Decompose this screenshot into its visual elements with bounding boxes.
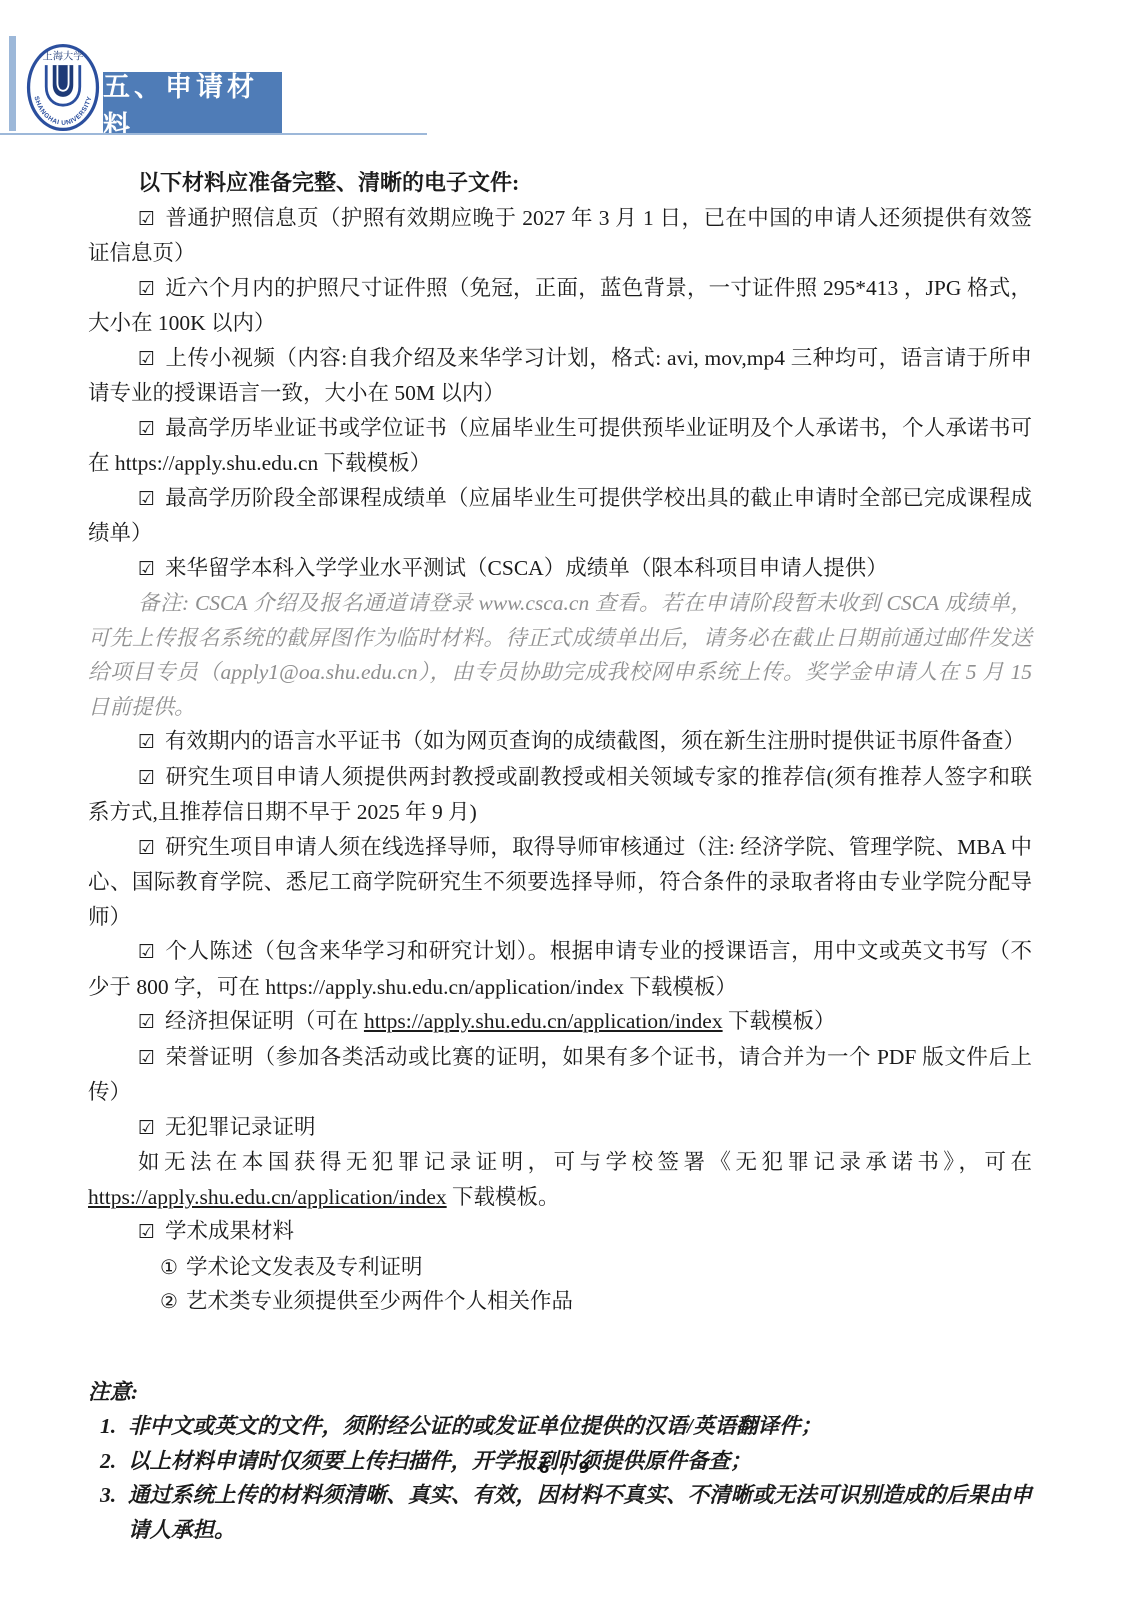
note-text: 如无法在本国获得无犯罪记录证明，可与学校签署《无犯罪记录承诺书》，可在 bbox=[138, 1150, 1032, 1174]
notice-item-text: 非中文或英文的文件，须附经公证的或发证单位提供的汉语/英语翻译件； bbox=[128, 1409, 1032, 1444]
checkbox-checked-icon: ☑ bbox=[138, 1047, 155, 1069]
checklist-item-video: ☑上传小视频（内容:自我介绍及来华学习计划，格式: avi, mov,mp4 三… bbox=[88, 341, 1032, 411]
notice-item: 1. 非中文或英文的文件，须附经公证的或发证单位提供的汉语/英语翻译件； bbox=[88, 1409, 1032, 1444]
subitem-text: 学术论文发表及专利证明 bbox=[186, 1255, 423, 1279]
item-text: 最高学历毕业证书或学位证书（应届毕业生可提供预毕业证明及个人承诺书，个人承诺书可… bbox=[88, 416, 1032, 476]
item-text: 研究生项目申请人须提供两封教授或副教授或相关领域专家的推荐信(须有推荐人签字和联… bbox=[88, 765, 1032, 825]
checklist-item-personal-statement: ☑个人陈述（包含来华学习和研究计划）。根据申请专业的授课语言，用中文或英文书写（… bbox=[88, 934, 1032, 1004]
checkbox-checked-icon: ☑ bbox=[138, 767, 155, 789]
item-text: 上传小视频（内容:自我介绍及来华学习计划，格式: avi, mov,mp4 三种… bbox=[88, 346, 1032, 406]
note-text-after: 下载模板。 bbox=[447, 1185, 560, 1209]
item-text-after: 下载模板） bbox=[723, 1009, 836, 1033]
checklist-item-recommendation: ☑研究生项目申请人须提供两封教授或副教授或相关领域专家的推荐信(须有推荐人签字和… bbox=[88, 760, 1032, 830]
checkbox-checked-icon: ☑ bbox=[138, 418, 155, 440]
item-text: 无犯罪记录证明 bbox=[165, 1115, 316, 1139]
section-title: 五、申请材料 bbox=[103, 65, 282, 143]
university-logo-icon: 上海大学 SHANGHAI UNIVERSITY bbox=[21, 40, 105, 135]
item-text: 近六个月内的护照尺寸证件照（免冠，正面，蓝色背景，一寸证件照 295*413 ，… bbox=[88, 276, 1032, 336]
notice-item-text: 通过系统上传的材料须清晰、真实、有效，因材料不真实、不清晰或无法可识别造成的后果… bbox=[128, 1478, 1032, 1547]
template-download-link[interactable]: https://apply.shu.edu.cn/application/ind… bbox=[88, 1185, 447, 1209]
section-banner: 五、申请材料 bbox=[103, 72, 282, 135]
intro-line: 以下材料应准备完整、清晰的电子文件: bbox=[88, 166, 1032, 201]
checklist-item-photo: ☑近六个月内的护照尺寸证件照（免冠，正面，蓝色背景，一寸证件照 295*413 … bbox=[88, 271, 1032, 341]
page-number: 6 / 9 bbox=[0, 1458, 1131, 1477]
notice-heading: 注意: bbox=[88, 1375, 1032, 1410]
logo-top-text: 上海大学 bbox=[43, 50, 84, 63]
item-text: 经济担保证明（可在 bbox=[165, 1009, 364, 1033]
checkbox-checked-icon: ☑ bbox=[138, 208, 155, 230]
document-body: 以下材料应准备完整、清晰的电子文件: ☑普通护照信息页（护照有效期应晚于 202… bbox=[88, 166, 1032, 1547]
checklist-item-honor-cert: ☑荣誉证明（参加各类活动或比赛的证明，如果有多个证书，请合并为一个 PDF 版文… bbox=[88, 1040, 1032, 1110]
item-text: 研究生项目申请人须在线选择导师，取得导师审核通过（注: 经济学院、管理学院、MB… bbox=[88, 835, 1032, 929]
checkbox-checked-icon: ☑ bbox=[138, 941, 155, 963]
checkbox-checked-icon: ☑ bbox=[138, 731, 155, 753]
csca-note: 备注: CSCA 介绍及报名通道请登录 www.csca.cn 查看。若在申请阶… bbox=[88, 586, 1032, 724]
template-download-link[interactable]: https://apply.shu.edu.cn/application/ind… bbox=[364, 1009, 723, 1033]
checkbox-checked-icon: ☑ bbox=[138, 348, 155, 370]
notice-item: 3. 通过系统上传的材料须清晰、真实、有效，因材料不真实、不清晰或无法可识别造成… bbox=[88, 1478, 1032, 1547]
item-text: 个人陈述（包含来华学习和研究计划）。根据申请专业的授课语言，用中文或英文书写（不… bbox=[88, 939, 1032, 999]
circled-number-icon: ① bbox=[160, 1255, 178, 1279]
checklist-item-no-criminal-record: ☑无犯罪记录证明 bbox=[88, 1110, 1032, 1146]
item-text: 最高学历阶段全部课程成绩单（应届毕业生可提供学校出具的截止申请时全部已完成课程成… bbox=[88, 486, 1032, 546]
decorative-left-stripe bbox=[9, 36, 16, 131]
checklist-item-language-cert: ☑有效期内的语言水平证书（如为网页查询的成绩截图，须在新生注册时提供证书原件备查… bbox=[88, 724, 1032, 760]
logo-inner-u-shape bbox=[53, 65, 73, 97]
checkbox-checked-icon: ☑ bbox=[138, 558, 155, 580]
item-text: 来华留学本科入学学业水平测试（CSCA）成绩单（限本科项目申请人提供） bbox=[165, 556, 888, 580]
item-text: 普通护照信息页（护照有效期应晚于 2027 年 3 月 1 日，已在中国的申请人… bbox=[88, 206, 1032, 266]
item-text: 有效期内的语言水平证书（如为网页查询的成绩截图，须在新生注册时提供证书原件备查） bbox=[165, 729, 1025, 753]
item-text: 荣誉证明（参加各类活动或比赛的证明，如果有多个证书，请合并为一个 PDF 版文件… bbox=[88, 1045, 1032, 1105]
subitem-text: 艺术类专业须提供至少两件个人相关作品 bbox=[186, 1289, 573, 1313]
checkbox-checked-icon: ☑ bbox=[138, 837, 155, 859]
checklist-item-csca: ☑来华留学本科入学学业水平测试（CSCA）成绩单（限本科项目申请人提供） bbox=[88, 551, 1032, 587]
header-divider bbox=[0, 133, 427, 135]
notice-item-number: 3. bbox=[88, 1478, 128, 1513]
item-text: 学术成果材料 bbox=[165, 1219, 294, 1243]
checkbox-checked-icon: ☑ bbox=[138, 1011, 155, 1033]
checklist-item-academic-achievements: ☑学术成果材料 bbox=[88, 1214, 1032, 1250]
checkbox-checked-icon: ☑ bbox=[138, 488, 155, 510]
checkbox-checked-icon: ☑ bbox=[138, 1117, 155, 1139]
checkbox-checked-icon: ☑ bbox=[138, 1221, 155, 1243]
academic-subitem-papers: ①学术论文发表及专利证明 bbox=[88, 1250, 1032, 1285]
checklist-item-supervisor: ☑研究生项目申请人须在线选择导师，取得导师审核通过（注: 经济学院、管理学院、M… bbox=[88, 830, 1032, 935]
checkbox-checked-icon: ☑ bbox=[138, 278, 155, 300]
checklist-item-financial-guarantee: ☑经济担保证明（可在 https://apply.shu.edu.cn/appl… bbox=[88, 1004, 1032, 1040]
academic-subitem-artworks: ②艺术类专业须提供至少两件个人相关作品 bbox=[88, 1284, 1032, 1319]
circled-number-icon: ② bbox=[160, 1289, 178, 1313]
no-crime-note: 如无法在本国获得无犯罪记录证明，可与学校签署《无犯罪记录承诺书》，可在 http… bbox=[88, 1145, 1032, 1214]
checklist-item-diploma: ☑最高学历毕业证书或学位证书（应届毕业生可提供预毕业证明及个人承诺书，个人承诺书… bbox=[88, 411, 1032, 481]
notice-item-number: 1. bbox=[88, 1409, 128, 1444]
checklist-item-passport: ☑普通护照信息页（护照有效期应晚于 2027 年 3 月 1 日，已在中国的申请… bbox=[88, 201, 1032, 271]
checklist-item-transcript: ☑最高学历阶段全部课程成绩单（应届毕业生可提供学校出具的截止申请时全部已完成课程… bbox=[88, 481, 1032, 551]
